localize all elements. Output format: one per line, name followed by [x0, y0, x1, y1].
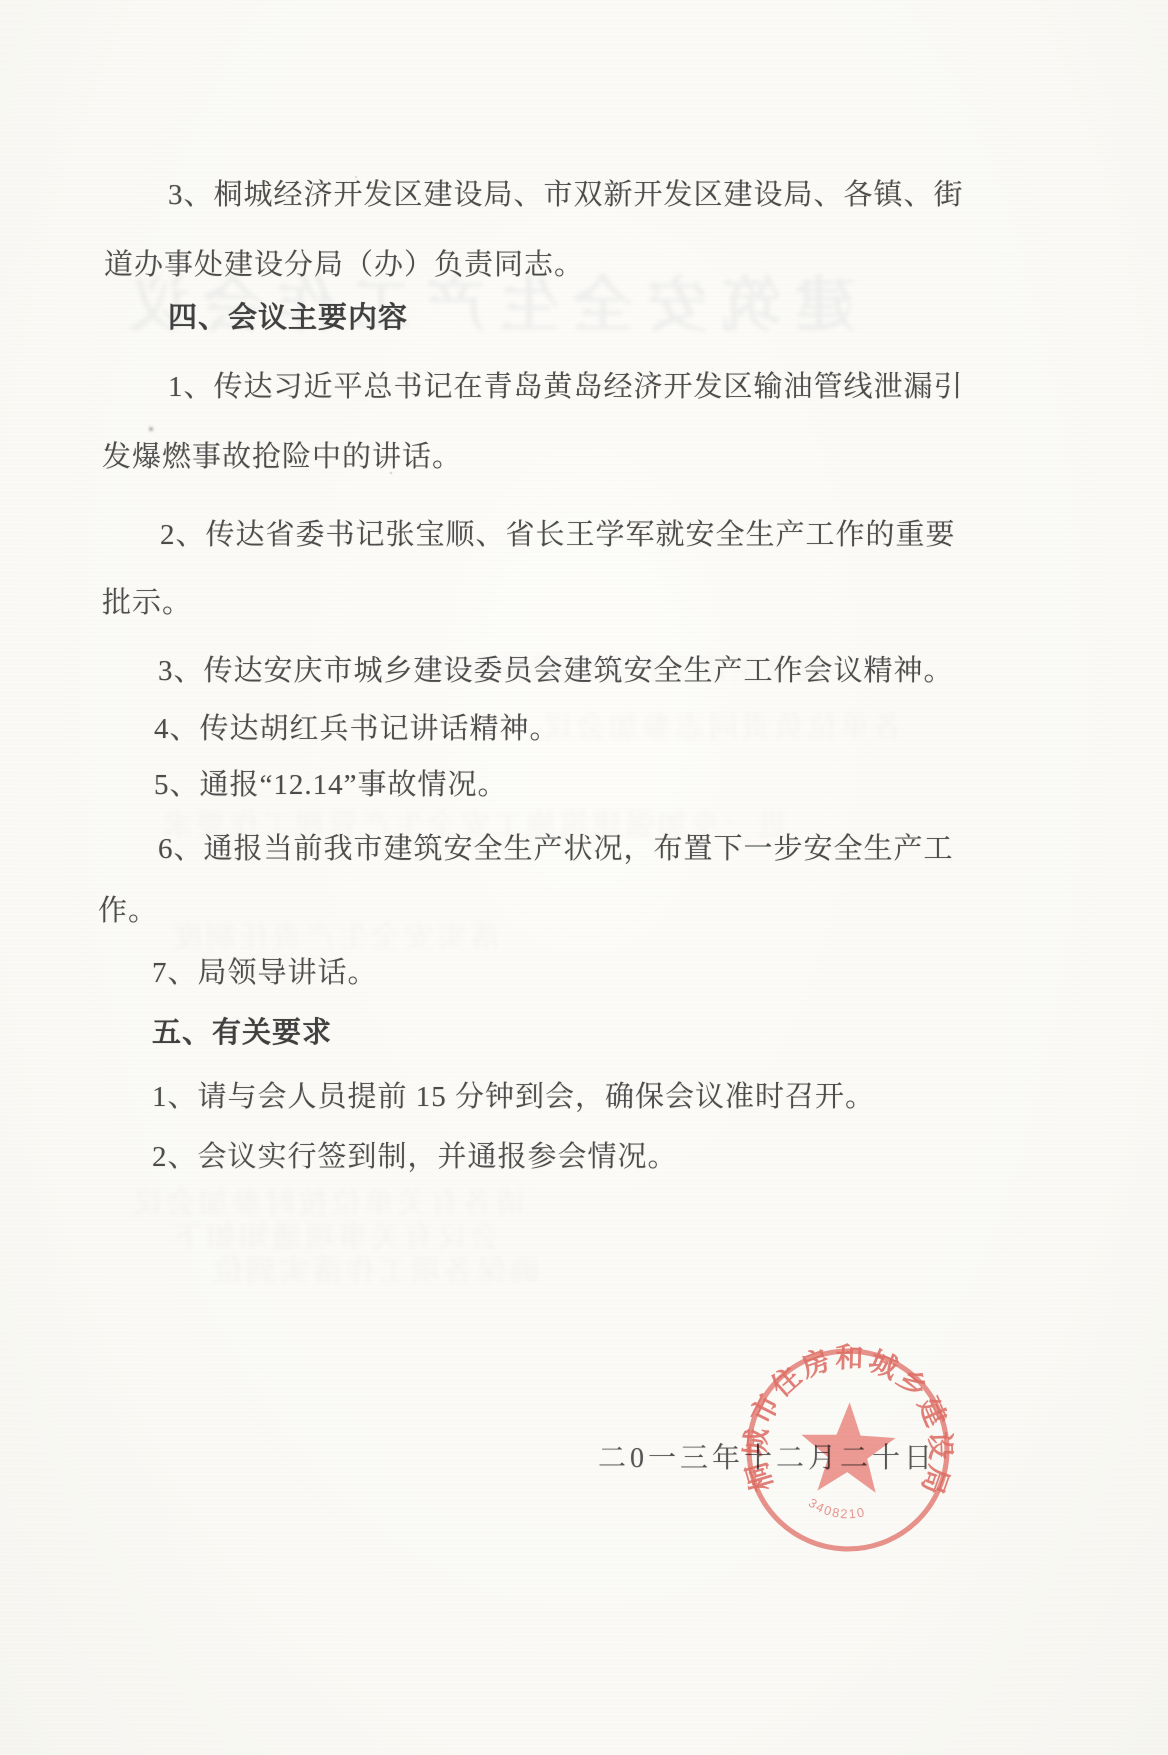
showthrough-ghost: 各单位负责同志参加会议: [540, 702, 903, 746]
showthrough-ghost: 请各有关单位按时参加会议: [130, 1178, 526, 1222]
text-line: 3、传达安庆市城乡建设委员会建筑安全生产工作会议精神。: [158, 648, 954, 689]
section-heading: 四、会议主要内容: [168, 295, 408, 336]
text-line: 6、通报当前我市建筑安全生产状况，布置下一步安全生产工: [158, 826, 954, 867]
text-line: 作。: [98, 888, 158, 929]
scan-dust: [0, 0, 2, 2]
text-line: 2、会议实行签到制，并通报参会情况。: [152, 1134, 678, 1175]
text-line: 5、通报“12.14”事故情况。: [154, 762, 508, 803]
text-line: 批示。: [102, 580, 192, 621]
text-line: 1、请与会人员提前 15 分钟到会，确保会议准时召开。: [152, 1074, 875, 1115]
seal-star-icon: [799, 1401, 896, 1494]
text-line: 4、传达胡红兵书记讲话精神。: [154, 706, 560, 747]
text-line: 7、局领导讲话。: [152, 950, 378, 991]
text-line: 1、传达习近平总书记在青岛黄岛经济开发区输油管线泄漏引: [168, 364, 964, 405]
text-line: 3、桐城经济开发区建设局、市双新开发区建设局、各镇、街: [168, 172, 964, 213]
section-heading: 五、有关要求: [152, 1010, 332, 1051]
scanned-document-page: 建筑安全生产工作会议 安全生产工作会议精神要求 各单位负责同志参加会议 进一步加…: [0, 0, 1168, 1755]
text-line: 2、传达省委书记张宝顺、省长王学军就安全生产工作的重要: [160, 512, 956, 553]
text-line: 发爆燃事故抢险中的讲话。: [102, 434, 462, 475]
showthrough-ghost: 确保各项工作落实到位: [210, 1246, 540, 1290]
showthrough-ghost: 会议有关事项通知如下: [170, 1212, 500, 1256]
official-seal: 桐城市住房和城乡建设局 3408210: [716, 1318, 981, 1583]
svg-text:3408210: 3408210: [806, 1495, 868, 1522]
text-line: 道办事处建设分局（办）负责同志。: [104, 242, 584, 283]
seal-code: 3408210: [806, 1495, 868, 1522]
